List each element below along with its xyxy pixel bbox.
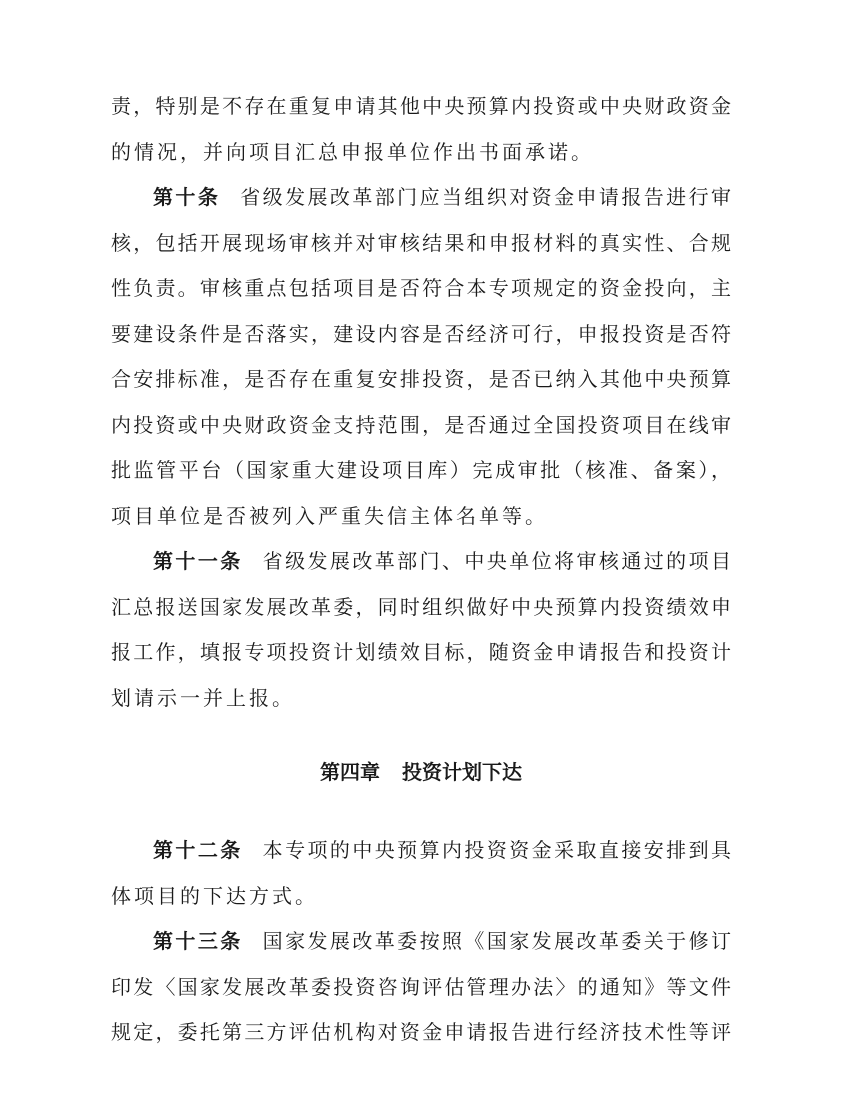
chapter-title: 投资计划下达	[402, 760, 522, 784]
text-line: 要建设条件是否落实，建设内容是否经济可行，申报投资是否符	[111, 312, 731, 358]
text-line: 第十三条国家发展改革委按照《国家发展改革委关于修订	[111, 919, 731, 965]
article-12: 第十二条本专项的中央预算内投资资金采取直接安排到具 体项目的下达方式。	[111, 828, 731, 919]
text-line: 内投资或中央财政资金支持范围，是否通过全国投资项目在线审	[111, 403, 731, 449]
text-line: 批监管平台（国家重大建设项目库）完成审批（核准、备案），	[111, 448, 731, 494]
text-line: 第十条省级发展改革部门应当组织对资金申请报告进行审	[111, 175, 731, 221]
article-label: 第十二条	[153, 838, 243, 862]
text-span: 国家发展改革委按照《国家发展改革委关于修订	[263, 929, 731, 953]
article-label: 第十一条	[153, 549, 243, 573]
article-13: 第十三条国家发展改革委按照《国家发展改革委关于修订 印发〈国家发展改革委投资咨询…	[111, 919, 731, 1056]
document-page: 责，特别是不存在重复申请其他中央预算内投资或中央财政资金 的情况，并向项目汇总申…	[111, 84, 731, 1056]
article-11: 第十一条省级发展改革部门、中央单位将审核通过的项目 汇总报送国家发展改革委，同时…	[111, 539, 731, 721]
text-span: 省级发展改革部门应当组织对资金申请报告进行审	[240, 185, 731, 209]
article-10: 第十条省级发展改革部门应当组织对资金申请报告进行审 核，包括开展现场审核并对审核…	[111, 175, 731, 539]
text-line: 核，包括开展现场审核并对审核结果和申报材料的真实性、合规	[111, 221, 731, 267]
text-line: 划请示一并上报。	[111, 676, 731, 722]
text-line: 第十二条本专项的中央预算内投资资金采取直接安排到具	[111, 828, 731, 874]
text-line: 印发〈国家发展改革委投资咨询评估管理办法〉的通知》等文件	[111, 965, 731, 1011]
text-line: 的情况，并向项目汇总申报单位作出书面承诺。	[111, 130, 731, 176]
text-line: 体项目的下达方式。	[111, 874, 731, 920]
text-line: 合安排标准，是否存在重复安排投资，是否已纳入其他中央预算	[111, 357, 731, 403]
text-span: 本专项的中央预算内投资资金采取直接安排到具	[263, 838, 731, 862]
article-label: 第十条	[153, 185, 220, 209]
text-line: 项目单位是否被列入严重失信主体名单等。	[111, 494, 731, 540]
text-line: 责，特别是不存在重复申请其他中央预算内投资或中央财政资金	[111, 84, 731, 130]
text-line: 性负责。审核重点包括项目是否符合本专项规定的资金投向，主	[111, 266, 731, 312]
chapter-heading: 第四章投资计划下达	[111, 750, 731, 795]
text-line: 报工作，填报专项投资计划绩效目标，随资金申请报告和投资计	[111, 630, 731, 676]
paragraph-continued: 责，特别是不存在重复申请其他中央预算内投资或中央财政资金 的情况，并向项目汇总申…	[111, 84, 731, 175]
text-line: 汇总报送国家发展改革委，同时组织做好中央预算内投资绩效申	[111, 585, 731, 631]
chapter-number: 第四章	[320, 760, 380, 784]
text-span: 省级发展改革部门、中央单位将审核通过的项目	[263, 549, 731, 573]
article-label: 第十三条	[153, 929, 243, 953]
text-line: 第十一条省级发展改革部门、中央单位将审核通过的项目	[111, 539, 731, 585]
text-line: 规定，委托第三方评估机构对资金申请报告进行经济技术性等评	[111, 1010, 731, 1056]
